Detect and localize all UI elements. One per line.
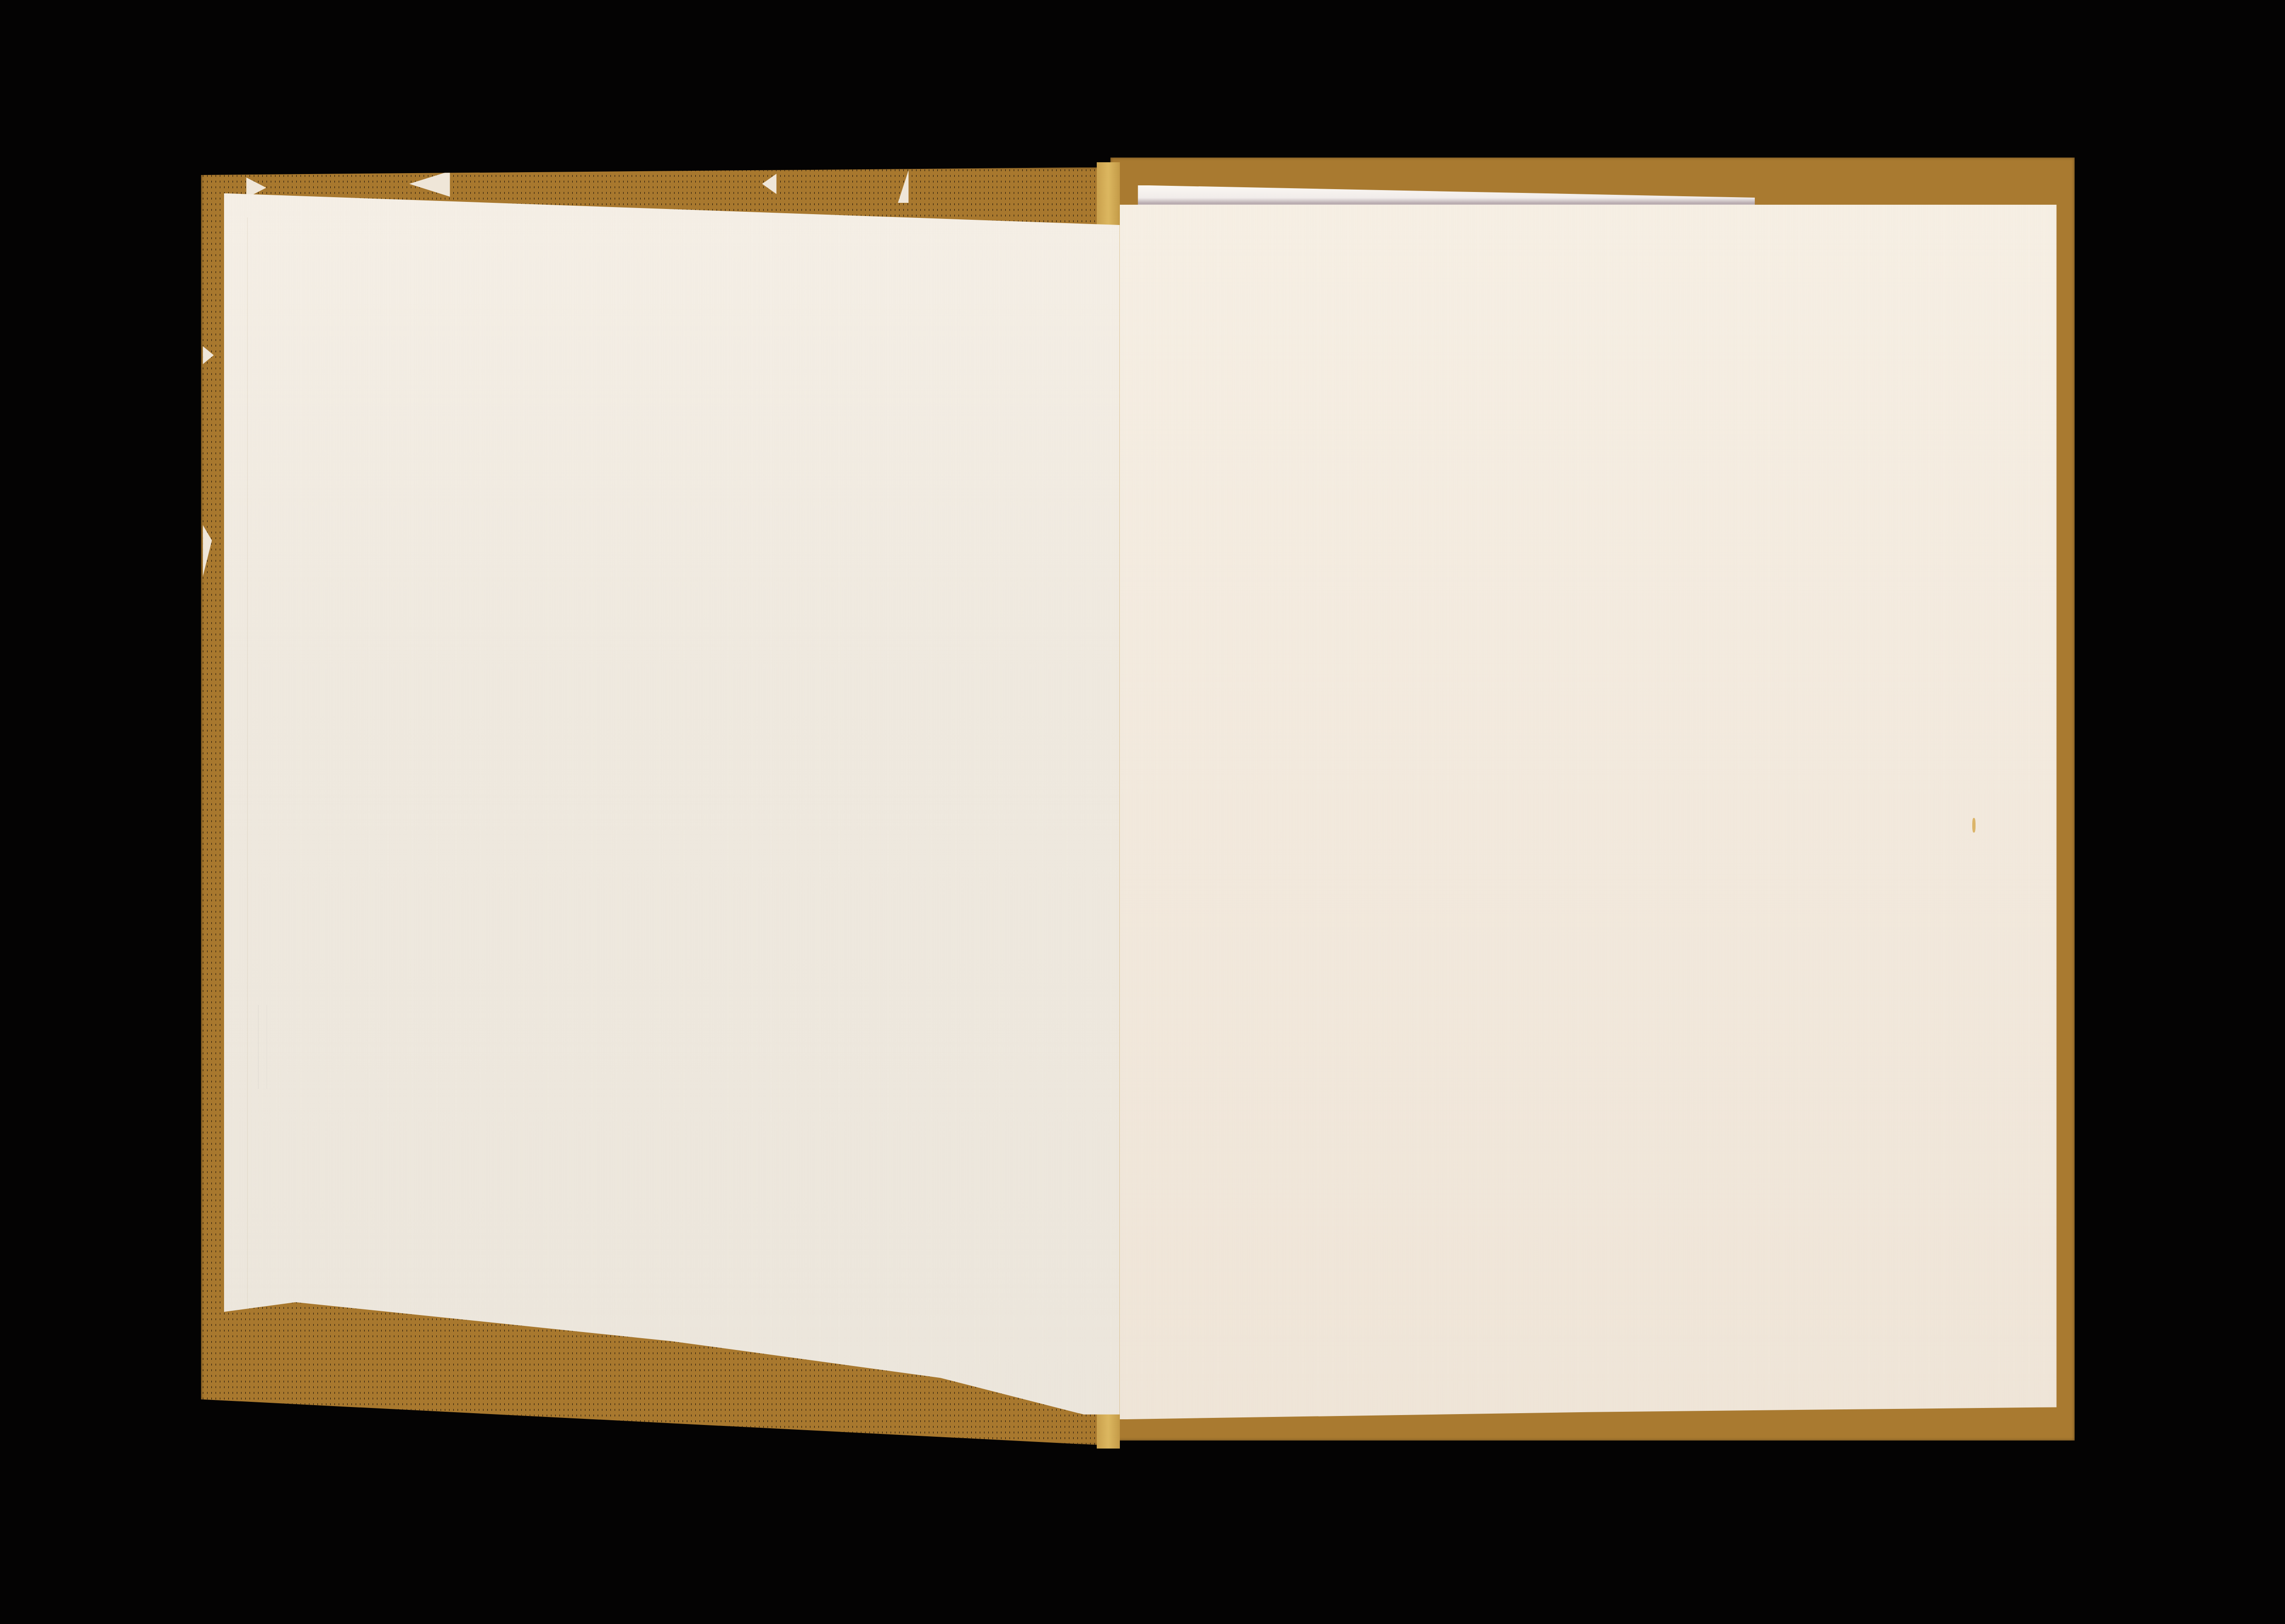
right-endpaper bbox=[1120, 205, 2057, 1419]
paper-stain bbox=[1972, 818, 1976, 833]
cover-pattern-triangle bbox=[898, 170, 909, 203]
cover-pattern-triangle bbox=[762, 174, 777, 194]
cover-pattern-triangle bbox=[203, 346, 214, 364]
cover-pattern-triangle bbox=[409, 171, 450, 197]
faint-pencil-mark bbox=[258, 1005, 267, 1088]
left-endpaper bbox=[224, 193, 1120, 1415]
endpaper-fold-line bbox=[247, 217, 248, 1353]
book-photo-scene bbox=[0, 0, 2285, 1624]
cover-pattern-triangle bbox=[203, 525, 212, 576]
